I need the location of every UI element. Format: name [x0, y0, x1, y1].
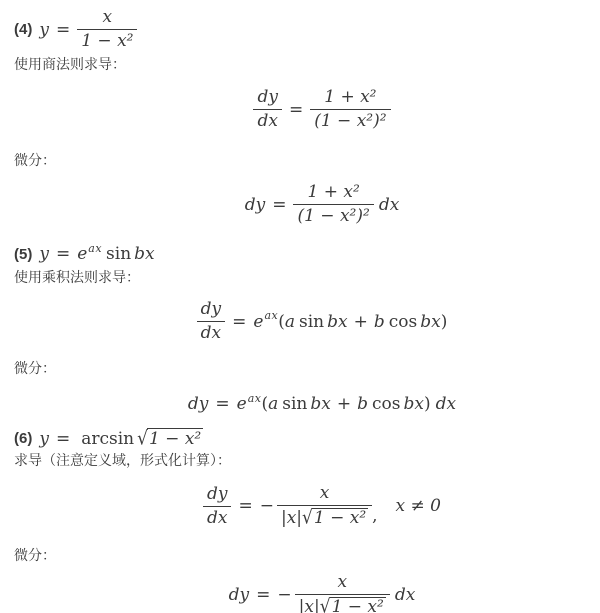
var-a: a [268, 394, 278, 414]
fraction: 1 + x² (1 − x²)² [293, 183, 373, 226]
problem-6-definition: (6) y = arcsin √1 − x² [14, 428, 586, 449]
problem-6: (6) y = arcsin √1 − x² 求导（注意定义域，形式化计算）： … [14, 428, 586, 613]
condition-x-not-zero: x ≠ 0 [396, 496, 441, 516]
var-e: e [237, 394, 247, 414]
fraction-numerator: 1 + x² [310, 88, 390, 109]
var-y: y [39, 429, 49, 449]
method-label-5: 使用乘积法则求导： [14, 268, 586, 287]
problem-4-definition: (4) y = x 1 − x² [14, 8, 586, 51]
var-dy: dy [229, 585, 250, 605]
equation-derivative-6: dy dx = − x |x|√1 − x² , x ≠ 0 [14, 484, 586, 528]
equation-derivative-5: dy dx = eax(asinbx+bcosbx) [14, 300, 586, 343]
close-paren: ) [424, 394, 431, 414]
var-bx: bx [310, 394, 330, 414]
var-bx: bx [420, 312, 440, 332]
var-bx: bx [327, 312, 347, 332]
sin-function: sin [282, 394, 307, 414]
fraction-denominator: dx [253, 109, 282, 131]
equation-differential-4: dy = 1 + x² (1 − x²)² dx [14, 183, 586, 226]
equals-sign: = [232, 312, 246, 332]
minus-sign: − [260, 496, 274, 516]
fraction-denominator: (1 − x²)² [293, 204, 373, 226]
fraction-numerator: x [277, 484, 372, 505]
fraction-denominator: |x|√1 − x² [295, 594, 390, 613]
problem-5: (5) y = eax sin bx 使用乘积法则求导： dy dx = eax… [14, 244, 586, 414]
radicand: 1 − x² [312, 508, 368, 528]
var-y: y [39, 244, 49, 264]
abs-x: |x| [281, 508, 302, 528]
problem-6-number: (6) [14, 430, 32, 447]
var-dx: dx [395, 585, 415, 605]
cos-function: cos [389, 312, 417, 332]
fraction-denominator: dx [197, 321, 226, 343]
equation-differential-5: dy = eax(asinbx+bcosbx) dx [14, 394, 586, 414]
comma: , [372, 506, 377, 526]
radicand: 1 − x² [147, 428, 203, 449]
fraction: 1 + x² (1 − x²)² [310, 88, 390, 131]
fraction: x |x|√1 − x² [277, 484, 372, 528]
equals-sign: = [238, 496, 252, 516]
equals-sign: = [289, 100, 303, 120]
problem-5-definition: (5) y = eax sin bx [14, 244, 586, 264]
fraction-denominator: dx [203, 506, 232, 528]
radical-icon: √ [320, 597, 331, 613]
method-label-4: 使用商法则求导： [14, 55, 586, 74]
fraction-numerator: 1 + x² [293, 183, 373, 204]
equation-derivative-4: dy dx = 1 + x² (1 − x²)² [14, 88, 586, 131]
differential-label-5: 微分： [14, 359, 586, 378]
var-dx: dx [379, 195, 399, 215]
abs-x: |x| [299, 597, 320, 613]
sin-function: sin [106, 244, 131, 264]
plus-sign: + [337, 394, 351, 414]
equals-sign: = [56, 20, 70, 40]
open-paren: ( [261, 394, 268, 414]
plus-sign: + [354, 312, 368, 332]
exponent-ax: ax [264, 309, 278, 322]
equals-sign: = [56, 244, 70, 264]
differential-label-4: 微分： [14, 151, 586, 170]
open-paren: ( [278, 312, 285, 332]
close-paren: ) [441, 312, 448, 332]
document: (4) y = x 1 − x² 使用商法则求导： dy dx = 1 + x²… [0, 0, 600, 613]
var-dx: dx [436, 394, 456, 414]
radical-icon: √ [302, 508, 313, 529]
fraction-numerator: dy [203, 485, 232, 506]
radicand: 1 − x² [330, 597, 386, 613]
var-a: a [285, 312, 295, 332]
fraction-numerator: x [77, 8, 137, 29]
minus-sign: − [277, 585, 291, 605]
var-b: b [357, 394, 368, 414]
dy-dx-fraction: dy dx [197, 300, 226, 343]
radical-icon: √ [137, 428, 148, 450]
var-y: y [39, 20, 49, 40]
method-label-6: 求导（注意定义域，形式化计算）： [14, 451, 586, 470]
var-bx: bx [403, 394, 423, 414]
fraction-denominator: |x|√1 − x² [277, 505, 372, 528]
fraction-denominator: (1 − x²)² [310, 109, 390, 131]
square-root: √1 − x² [302, 508, 368, 528]
fraction-numerator: x [295, 573, 390, 594]
equals-sign: = [272, 195, 286, 215]
dy-dx-fraction: dy dx [253, 88, 282, 131]
fraction: x 1 − x² [77, 8, 137, 51]
fraction: x |x|√1 − x² [295, 573, 390, 613]
var-dy: dy [245, 195, 266, 215]
var-dy: dy [188, 394, 209, 414]
sin-function: sin [299, 312, 324, 332]
fraction-denominator: 1 − x² [77, 29, 137, 51]
exponent-ax: ax [88, 242, 102, 255]
equals-sign: = [256, 585, 270, 605]
fraction-numerator: dy [253, 88, 282, 109]
equation-differential-6: dy = − x |x|√1 − x² dx [14, 573, 586, 613]
var-e: e [77, 244, 87, 264]
var-e: e [253, 312, 263, 332]
equals-sign: = [215, 394, 229, 414]
problem-4: (4) y = x 1 − x² 使用商法则求导： dy dx = 1 + x²… [14, 8, 586, 226]
differential-label-6: 微分： [14, 546, 586, 565]
var-b: b [374, 312, 385, 332]
exponent-ax: ax [248, 392, 262, 405]
cos-function: cos [372, 394, 400, 414]
problem-5-number: (5) [14, 246, 32, 263]
square-root: √1 − x² [320, 597, 386, 613]
arcsin-function: arcsin [81, 429, 134, 449]
dy-dx-fraction: dy dx [203, 485, 232, 528]
fraction-numerator: dy [197, 300, 226, 321]
equals-sign: = [56, 429, 70, 449]
problem-4-number: (4) [14, 21, 32, 38]
square-root: √1 − x² [137, 428, 203, 449]
var-bx: bx [134, 244, 154, 264]
